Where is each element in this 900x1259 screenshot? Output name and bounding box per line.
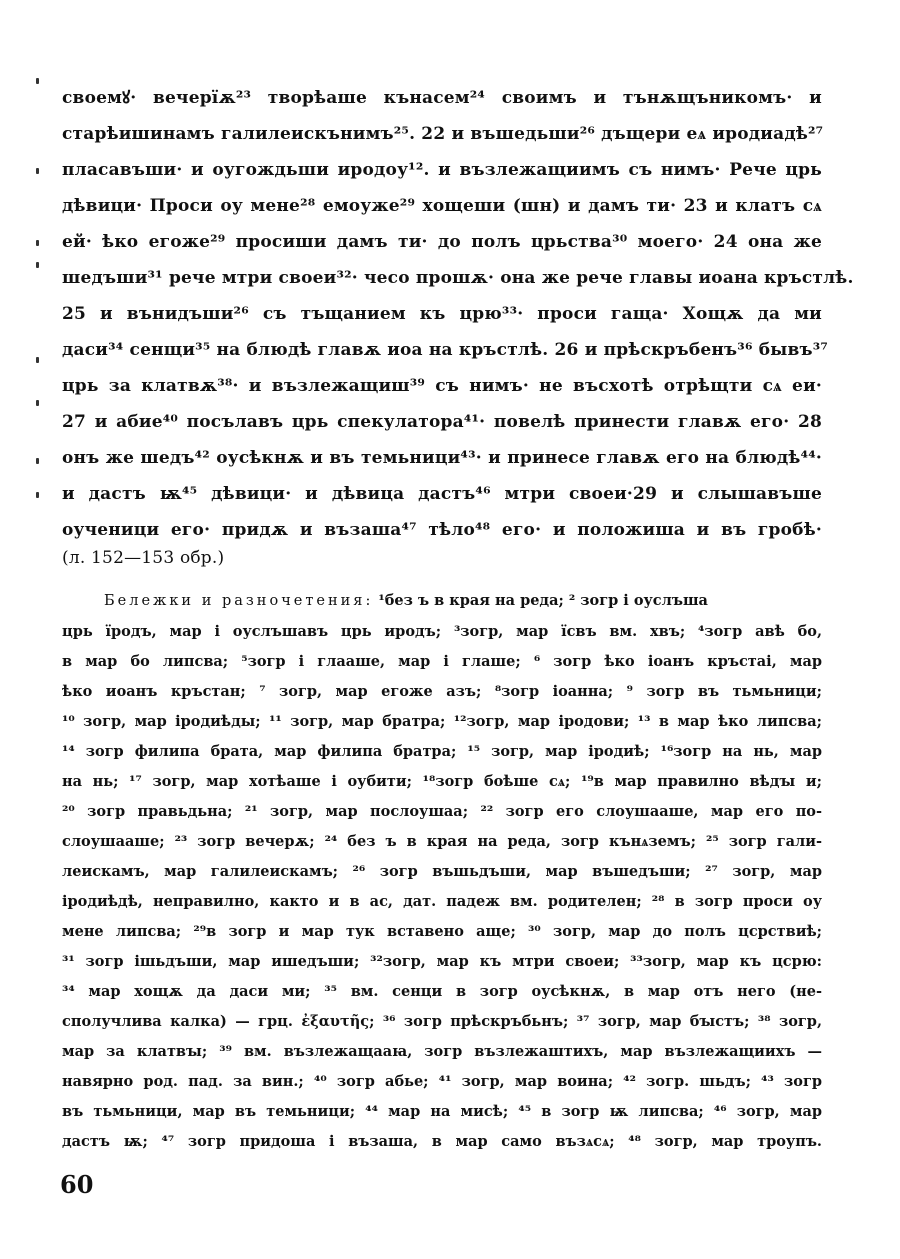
note-line: ¹⁰ зогр, мар іродиѣды; ¹¹ зогр, мар брат… xyxy=(62,711,822,733)
main-text-line: онъ же шедъ⁴² оусѣкнѫ и въ темьници⁴³· и… xyxy=(62,446,822,470)
book-page: своемꙋ· вечерїѫ²³ творѣаше кънасем²⁴ сво… xyxy=(0,0,900,1259)
margin-mark xyxy=(36,400,39,406)
margin-mark xyxy=(36,357,39,363)
main-text-line: своемꙋ· вечерїѫ²³ творѣаше кънасем²⁴ сво… xyxy=(62,86,822,110)
page-number: 60 xyxy=(60,1170,93,1199)
margin-mark xyxy=(36,168,39,174)
note-line: в мар бо липсва; ⁵зогр і глааше, мар і г… xyxy=(62,651,822,673)
note-line: црь їродъ, мар і оуслъшавъ црь иродъ; ³з… xyxy=(62,621,822,643)
note-line: ²⁰ зогр правьдьна; ²¹ зогр, мар послоуша… xyxy=(62,801,822,823)
main-text-line: 27 и абие⁴⁰ посълавъ црь спекулатора⁴¹· … xyxy=(62,410,822,434)
main-text-line: ей· ѣко егоже²⁹ просиши дамъ ти· до полъ… xyxy=(62,230,822,254)
main-text-line: шедъши³¹ рече мтри своеи³²· чесо прошѫ· … xyxy=(62,266,822,290)
margin-mark xyxy=(36,492,39,498)
margin-mark xyxy=(36,78,39,84)
note-line: на нь; ¹⁷ зогр, мар хотѣаше і оубити; ¹⁸… xyxy=(62,771,822,793)
note-line: въ тьмьници, мар въ темьници; ⁴⁴ мар на … xyxy=(62,1101,822,1123)
note-line: мене липсва; ²⁹в зогр и мар тук вставено… xyxy=(62,921,822,943)
margin-mark xyxy=(36,458,39,464)
main-text-line: пласавъши· и оугождьши иродоу¹². и възле… xyxy=(62,158,822,182)
note-line: дастъ ѭ; ⁴⁷ зогр придоша і възаша, в мар… xyxy=(62,1131,822,1153)
main-text-line: црь за клатвѫ³⁸· и възлежащиш³⁹ съ нимъ·… xyxy=(62,374,822,398)
main-text-line: старѣишинамъ галилеискънимъ²⁵. 22 и въше… xyxy=(62,122,822,146)
main-text-line: оученици его· придѫ и възаша⁴⁷ тѣло⁴⁸ ег… xyxy=(62,518,822,542)
note-line: іродиѣдѣ, неправилно, както и в ас, дат.… xyxy=(62,891,822,913)
note-line: мар за клатвꙑ; ³⁹ вм. възлежащааꙗ, зогр … xyxy=(62,1041,822,1063)
main-text-line: даси³⁴ сенщи³⁵ на блюдѣ главѫ иоа на кръ… xyxy=(62,338,822,362)
notes-heading: Бележки и разночетения: xyxy=(104,593,373,609)
notes-heading-row: Бележки и разночетения: ¹без ъ в края на… xyxy=(62,590,708,612)
note-line: ³⁴ мар хощѫ да даси ми; ³⁵ вм. сенци в з… xyxy=(62,981,822,1003)
note-line: навярно род. пад. за вин.; ⁴⁰ зогр абье;… xyxy=(62,1071,822,1093)
margin-mark xyxy=(36,240,39,246)
main-text-line: 25 и вънидъши²⁶ съ тъщанием къ црю³³· пр… xyxy=(62,302,822,326)
note-line: ѣко иоанъ кръстан; ⁷ зогр, мар егоже азъ… xyxy=(62,681,822,703)
note-line: ¹⁴ зогр филипа брата, мар филипа братра;… xyxy=(62,741,822,763)
note-line: сполучлива калка) — грц. ἐξαυτῆς; ³⁶ зог… xyxy=(62,1011,822,1033)
note-line: слоушааше; ²³ зогр вечерѫ; ²⁴ без ъ в кр… xyxy=(62,831,822,853)
main-text-line: дѣвици· Проси оу мене²⁸ емоуже²⁹ хощеши … xyxy=(62,194,822,218)
main-text-line: и дастъ ѭ⁴⁵ дѣвици· и дѣвица дастъ⁴⁶ мтр… xyxy=(62,482,822,506)
folio-reference: (л. 152—153 обр.) xyxy=(62,546,822,570)
note-text: ¹без ъ в края на реда; ² зогр і оуслъша xyxy=(378,592,708,609)
note-line: леискамъ, мар галилеискамъ; ²⁶ зогр въшь… xyxy=(62,861,822,883)
note-line: ³¹ зогр ішьдъши, мар ишедъши; ³²зогр, ма… xyxy=(62,951,822,973)
margin-mark xyxy=(36,262,39,268)
